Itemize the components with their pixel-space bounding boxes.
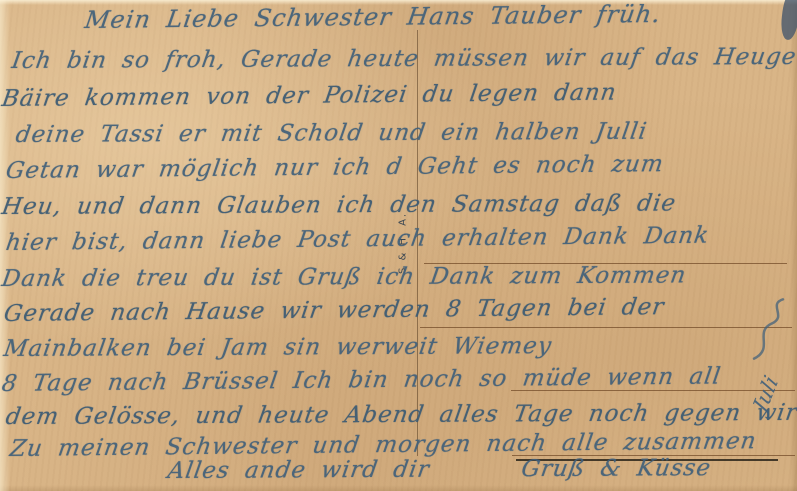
ink-smudge-top-right bbox=[779, 0, 797, 41]
handwriting-line: Mein Liebe Schwester Hans Tauber früh. bbox=[83, 0, 663, 34]
handwriting-line: Getan war möglich nur ich d Geht es noch… bbox=[4, 151, 666, 184]
handwriting-line: Mainbalken bei Jam sin werweit Wiemey bbox=[2, 333, 554, 362]
ink-flourish bbox=[745, 292, 797, 371]
handwriting-line: Alles ande wird dir Gruß & Küsse bbox=[166, 455, 713, 484]
handwriting-line: Dank die treu du ist Gruß ich Dank zum K… bbox=[0, 262, 688, 292]
handwriting-line: hier bist, dann liebe Post auch erhalten… bbox=[4, 223, 711, 256]
handwriting-line: Bäire kommen von der Polizei du legen da… bbox=[0, 80, 618, 112]
handwriting-line: Gerade nach Hause wir werden 8 Tagen bei… bbox=[2, 294, 666, 327]
handwriting-line: Ich bin so froh, Gerade heute müssen wir… bbox=[10, 44, 797, 74]
postcard-scan: S & H. A. Mein Liebe Schwester Hans Taub… bbox=[0, 0, 797, 491]
handwriting-line: Heu, und dann Glauben ich den Samstag da… bbox=[0, 190, 678, 220]
handwriting-line: dem Gelösse, und heute Abend alles Tage … bbox=[4, 400, 797, 430]
handwriting-line: deine Tassi er mit Schold und ein halben… bbox=[14, 119, 649, 148]
address-rule-2 bbox=[420, 327, 792, 328]
handwriting-line: 8 Tage nach Brüssel Ich bin noch so müde… bbox=[0, 363, 723, 397]
